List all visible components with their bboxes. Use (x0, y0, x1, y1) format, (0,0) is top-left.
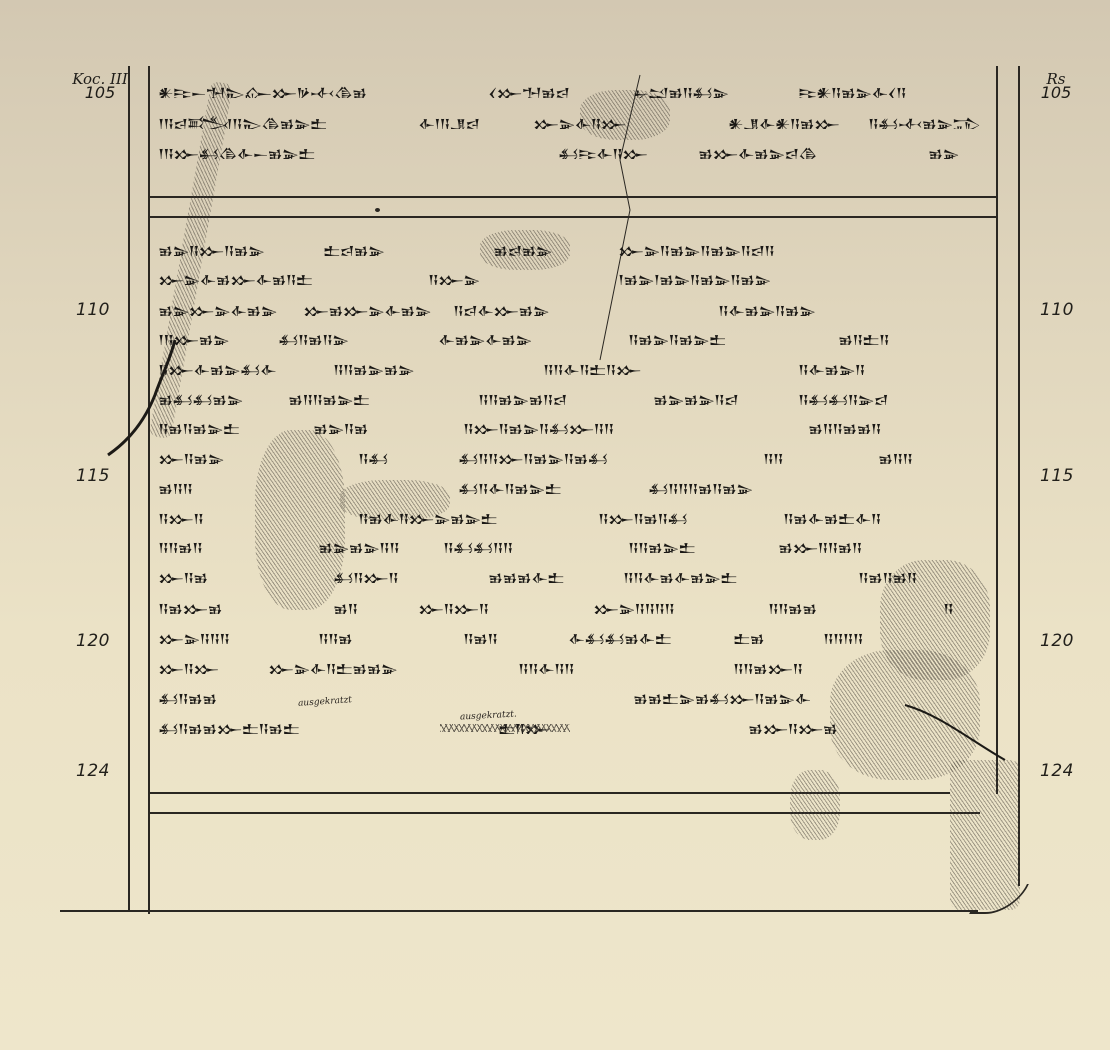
text-line: 𒂊𒀀𒀀𒈬𒀀𒅆𒀀𒂊𒅕𒉺𒈬𒀀𒀀𒀀𒂊𒀀𒂊𒅕 (158, 472, 988, 494)
sign-group: 𒀀𒂊𒀀 (463, 622, 497, 644)
sign-group: 𒅆𒈬𒈬𒂊𒅆𒉺 (568, 622, 671, 644)
sign-group: 𒀀𒀀𒂊𒁍𒀀 (733, 652, 802, 674)
text-line: 𒂊𒈬𒈬𒂊𒅕𒂊𒀀𒀀𒂊𒅕𒉺𒀀𒀀𒂊𒅕𒂊𒀀𒁀𒂊𒅕𒂊𒅕𒀀𒁀𒀀𒈬𒈬𒀀𒅕𒁀 (158, 383, 988, 405)
erased-signs-mark (440, 724, 570, 732)
sign-group: 𒀀 (943, 592, 953, 614)
text-line: 𒂊𒅕𒀀𒁍𒀀𒂊𒅕𒉺𒁀𒂊𒅕𒂊𒁀𒂊𒅕𒁍𒅕𒀀𒂊𒅕𒀀𒂊𒅕𒀀𒁀𒀀 (158, 234, 988, 256)
sign-group: 𒁹𒀀𒁀𒅋𒀀𒉌𒆠𒂊𒅕𒉺 (158, 107, 327, 129)
text-line: 𒀀𒁍𒅆𒂊𒅕𒈬𒅆𒀀𒀀𒂊𒅕𒂊𒅕𒀀𒀀𒅆𒀀𒉺𒀀𒁍𒀀𒅆𒂊𒅕𒀀 (158, 353, 988, 375)
sign-group: 𒁍𒀀𒁍𒀀 (418, 592, 488, 614)
sign-group: 𒁹𒂊𒅕𒁹𒂊𒅕𒀀𒂊𒅕𒀀𒂊𒅕 (618, 263, 770, 285)
left-line-number-110: 110 (76, 300, 110, 320)
text-line: 𒀭𒄿𒀸𒈠𒉌𒅎𒁍𒃻𒋾𒆠𒂊𒌋𒁍𒈠𒂊𒁀𒉡𒁺𒂊𒀀𒈬𒅕𒄿𒀭𒀀𒂊𒅕𒅆𒌋𒀀 (158, 76, 988, 98)
text-line: 𒁹𒀀𒁍𒂊𒅕𒈬𒀀𒂊𒀀𒅕𒅆𒂊𒅕𒅆𒂊𒅕𒀀𒂊𒅕𒀀𒂊𒅕𒉺𒂊𒀀𒉺𒀀 (158, 323, 988, 345)
sign-group: 𒀀𒂊𒀀𒂊𒀀 (858, 561, 916, 583)
sign-group: 𒉺𒂊 (733, 622, 764, 644)
sign-group: 𒈬𒀀𒂊𒀀𒅕 (278, 323, 348, 345)
sign-group: 𒂊𒁍𒀀𒁍𒂊 (748, 712, 837, 734)
text-line: 𒁹𒀀𒁀𒅋𒀀𒉌𒆠𒂊𒅕𒉺𒅆𒁹𒀀𒂗𒁀𒁍𒅕𒅆𒀀𒁍𒀭𒂗𒅆𒀭𒀀𒂊𒁍𒀀𒈬𒋾𒂊𒅕𒁉 (158, 107, 988, 129)
sign-group: 𒀀𒁍𒀀 (158, 502, 203, 524)
sign-group: 𒀀𒅆𒂊𒅕𒀀𒂊𒅕 (718, 294, 815, 316)
text-line: 𒀀𒂊𒁍𒂊𒂊𒀀𒁍𒀀𒁍𒀀𒁍𒅕𒀀𒀀𒀀𒀀𒀀𒀀𒂊𒂊𒀀 (158, 592, 988, 614)
sign-group: 𒂊𒂊𒂊𒅆𒉺 (488, 561, 564, 583)
text-line: 𒁍𒀀𒂊𒅕𒀀𒈬𒈬𒀀𒀀𒁍𒀀𒂊𒅕𒀀𒂊𒈬𒀀𒀀𒂊𒀀𒀀 (158, 442, 988, 464)
sign-group: 𒀀𒀀𒅆𒂊𒅆𒂊𒅕𒉺 (623, 561, 737, 583)
sign-group: 𒂊𒀀𒀀𒂊𒅕𒉺 (288, 383, 369, 405)
sign-group: 𒀀𒂊𒀀𒂊𒅕𒉺 (158, 412, 239, 434)
sign-group: 𒀀𒀀𒂊𒅕𒂊𒀀𒁀 (478, 383, 566, 405)
sign-group: 𒈬𒄿𒅆𒀀𒁍 (558, 137, 647, 159)
sign-group: 𒁹𒀀𒁍𒂊𒅕 (158, 323, 229, 345)
sign-group: 𒁍𒀀𒂊 (158, 561, 207, 583)
sign-group: 𒁍𒅕𒅆𒀀𒁍 (533, 107, 626, 129)
sign-group: 𒉺𒁀𒂊𒅕 (323, 234, 384, 256)
sign-group: 𒉡𒁺𒂊𒀀𒈬𒅕 (633, 76, 728, 98)
sign-group: 𒀭𒄿𒀸𒈠𒉌𒅎𒁍𒃻𒋾𒆠𒂊 (158, 76, 366, 98)
text-line: 𒁍𒀀𒁍𒁍𒅕𒅆𒀀𒉺𒂊𒂊𒅕𒀀𒀀𒅆𒀀𒀀𒀀𒀀𒂊𒁍𒀀 (158, 652, 988, 674)
sign-group: 𒁍𒅕𒀀𒀀𒀀 (158, 622, 229, 644)
sign-group: 𒀀𒈬𒈬𒀀𒅕𒁀 (798, 383, 888, 405)
sign-group: 𒁍𒅕𒀀𒂊𒅕𒀀𒂊𒅕𒀀𒁀𒀀 (618, 234, 774, 256)
right-line-number-120: 120 (1040, 631, 1074, 651)
facsimile-page: Koc. III 105 Rs 105 110 115 120 124 110 … (0, 0, 1110, 1050)
sign-group: 𒈬𒀀𒂊𒂊 (158, 682, 216, 704)
sign-group: 𒂊𒅕 (928, 137, 959, 159)
sign-group: 𒀀𒀀𒂊𒅕𒂊𒅕 (333, 353, 414, 375)
sign-group: 𒅆𒁹𒀀𒂗𒁀 (418, 107, 479, 129)
sign-group: 𒀀𒈬𒋾𒂊𒅕𒁉 (868, 107, 980, 129)
sign-group: 𒀭𒂗𒅆𒀭𒀀𒂊𒁍 (728, 107, 839, 129)
sign-group: 𒁍𒂊𒁍𒅕𒅆𒂊𒅕 (303, 294, 431, 316)
left-line-number-124: 124 (76, 761, 110, 781)
text-line: 𒁹𒀀𒁍𒈬𒆠𒅆𒀸𒂊𒅕𒉺𒈬𒄿𒅆𒀀𒁍𒂊𒁍𒅆𒂊𒅕𒁀𒆠𒂊𒅕 (158, 137, 988, 159)
sign-group: 𒀀𒁍𒀀𒂊𒅕𒀀𒈬𒁍𒀀𒀀 (463, 412, 613, 434)
sign-group: 𒄿𒀭𒀀𒂊𒅕𒅆𒌋𒀀 (798, 76, 906, 98)
left-line-number-115: 115 (76, 466, 110, 486)
sign-group: 𒀀𒀀𒅆𒀀𒀀 (518, 652, 574, 674)
sign-group: 𒂊𒅕𒁍𒅕𒅆𒂊𒅕 (158, 294, 277, 316)
sign-group: 𒂊𒀀 (333, 592, 357, 614)
right-line-number-115: 115 (1040, 466, 1074, 486)
sign-group: 𒂊𒀀𒀀 (158, 472, 192, 494)
sign-group: 𒈬𒀀𒀀𒁍𒀀𒂊𒅕𒀀𒂊𒈬 (458, 442, 607, 464)
sign-group: 𒀀𒀀𒂊𒅕𒉺 (628, 531, 695, 553)
sign-group: 𒀀𒂊𒅆𒂊𒉺𒅆𒀀 (783, 502, 881, 524)
sign-group: 𒂊𒂊𒉺𒅕𒂊𒈬𒁍𒀀𒂊𒅕𒅆 (633, 682, 811, 704)
sign-group: 𒂊𒁍𒀀𒀀𒂊𒀀 (778, 531, 862, 553)
sign-group: 𒁹𒀀𒁍𒈬𒆠𒅆𒀸𒂊𒅕𒉺 (158, 137, 315, 159)
sign-group: 𒁍𒅕𒅆𒀀𒉺𒂊𒂊𒅕 (268, 652, 397, 674)
sign-group: 𒅆𒂊𒅕𒅆𒂊𒅕 (438, 323, 531, 345)
sign-group: 𒀀𒀀 (763, 442, 783, 464)
text-line: 𒂊𒅕𒁍𒅕𒅆𒂊𒅕𒁍𒂊𒁍𒅕𒅆𒂊𒅕𒀀𒁀𒅆𒁍𒂊𒅕𒀀𒅆𒂊𒅕𒀀𒂊𒅕 (158, 294, 988, 316)
sign-group: 𒀀𒁍𒀀𒂊𒀀𒈬 (598, 502, 687, 524)
right-line-number-110: 110 (1040, 300, 1074, 320)
sign-group: 𒂊𒀀𒀀 (878, 442, 912, 464)
sign-group: 𒂊𒀀𒀀𒂊𒂊𒀀 (808, 412, 881, 434)
right-line-number-124: 124 (1040, 761, 1074, 781)
sign-group: 𒀀𒈬𒈬𒀀𒀀 (443, 531, 512, 553)
sign-group: 𒀀𒂊𒅆𒀀𒁍𒅕𒂊𒅕𒉺 (358, 502, 497, 524)
sign-group: 𒂊𒈬𒈬𒂊𒅕 (158, 383, 243, 405)
sign-group: 𒀀𒁍𒅆𒂊𒅕𒈬𒅆 (158, 353, 276, 375)
sign-group: 𒂊𒁍𒅆𒂊𒅕𒁀𒆠 (698, 137, 817, 159)
sign-group: 𒁍𒅕𒅆𒂊𒁍𒅆𒂊𒀀𒉺 (158, 263, 312, 285)
sign-group: 𒀀𒀀𒂊𒂊 (768, 592, 816, 614)
sign-group: 𒌋𒁍𒈠𒂊𒁀 (488, 76, 569, 98)
sign-group: 𒂊𒀀𒉺𒀀 (838, 323, 889, 345)
sign-group: 𒀀𒁀𒅆𒁍𒂊𒅕 (453, 294, 549, 316)
sign-group: 𒀀𒂊𒁍𒂊 (158, 592, 222, 614)
sign-group: 𒂊𒅕𒂊𒅕𒀀𒀀 (318, 531, 399, 553)
sign-group: 𒈬𒀀𒀀𒀀𒂊𒀀𒂊𒅕 (648, 472, 752, 494)
sign-group: 𒀀𒈬 (358, 442, 388, 464)
text-line: 𒀀𒂊𒀀𒂊𒅕𒉺𒂊𒅕𒀀𒂊𒀀𒁍𒀀𒂊𒅕𒀀𒈬𒁍𒀀𒀀𒂊𒀀𒀀𒂊𒂊𒀀 (158, 412, 988, 434)
text-line: 𒀀𒀀𒂊𒀀𒂊𒅕𒂊𒅕𒀀𒀀𒀀𒈬𒈬𒀀𒀀𒀀𒀀𒂊𒅕𒉺𒂊𒁍𒀀𒀀𒂊𒀀 (158, 531, 988, 553)
sign-group: 𒈬𒀀𒁍𒀀 (333, 561, 398, 583)
sign-group: 𒁍𒀀𒂊𒅕 (158, 442, 224, 464)
sign-group: 𒈬𒀀𒂊𒂊𒁍𒉺𒀀𒂊𒉺 (158, 712, 299, 734)
sign-group: 𒀀𒀀𒅆𒀀𒉺𒀀𒁍 (543, 353, 641, 375)
sign-group: 𒀀𒀀𒂊𒀀 (158, 531, 202, 553)
sign-group: 𒀀𒂊𒅕𒀀𒂊𒅕𒉺 (628, 323, 725, 345)
sign-group: 𒈬𒀀𒅆𒀀𒂊𒅕𒉺 (458, 472, 561, 494)
text-line: 𒈬𒀀𒂊𒂊𒁍𒉺𒀀𒂊𒉺𒉺𒀀𒁍𒂊𒁍𒀀𒁍𒂊 (158, 712, 988, 734)
sign-group: 𒂊𒅕𒂊𒅕𒀀𒁀 (653, 383, 738, 405)
sign-group: 𒀀𒀀𒂊 (318, 622, 352, 644)
left-line-number-120: 120 (76, 631, 110, 651)
sign-group: 𒀀𒀀𒀀𒀀 (823, 622, 863, 644)
sign-group: 𒀀𒁍𒅕 (428, 263, 479, 285)
sign-group: 𒁍𒅕𒀀𒀀𒀀𒀀 (593, 592, 674, 614)
text-line: 𒁍𒅕𒀀𒀀𒀀𒀀𒀀𒂊𒀀𒂊𒀀𒅆𒈬𒈬𒂊𒅆𒉺𒉺𒂊𒀀𒀀𒀀𒀀 (158, 622, 988, 644)
sign-group: 𒂊𒅕𒀀𒂊 (313, 412, 368, 434)
sign-group: 𒂊𒅕𒀀𒁍𒀀𒂊𒅕 (158, 234, 264, 256)
text-line: 𒁍𒀀𒂊𒈬𒀀𒁍𒀀𒂊𒂊𒂊𒅆𒉺𒀀𒀀𒅆𒂊𒅆𒂊𒅕𒉺𒀀𒂊𒀀𒂊𒀀 (158, 561, 988, 583)
text-line: 𒁍𒅕𒅆𒂊𒁍𒅆𒂊𒀀𒉺𒀀𒁍𒅕𒁹𒂊𒅕𒁹𒂊𒅕𒀀𒂊𒅕𒀀𒂊𒅕 (158, 263, 988, 285)
sign-group: 𒂊𒁀𒂊𒅕 (493, 234, 552, 256)
sign-group: 𒀀𒅆𒂊𒅕𒀀 (798, 353, 865, 375)
sign-group: 𒁍𒀀𒁍 (158, 652, 218, 674)
text-line: 𒈬𒀀𒂊𒂊𒂊𒂊𒉺𒅕𒂊𒈬𒁍𒀀𒂊𒅕𒅆 (158, 682, 988, 704)
text-line: 𒀀𒁍𒀀𒀀𒂊𒅆𒀀𒁍𒅕𒂊𒅕𒉺𒀀𒁍𒀀𒂊𒀀𒈬𒀀𒂊𒅆𒂊𒉺𒅆𒀀 (158, 502, 988, 524)
